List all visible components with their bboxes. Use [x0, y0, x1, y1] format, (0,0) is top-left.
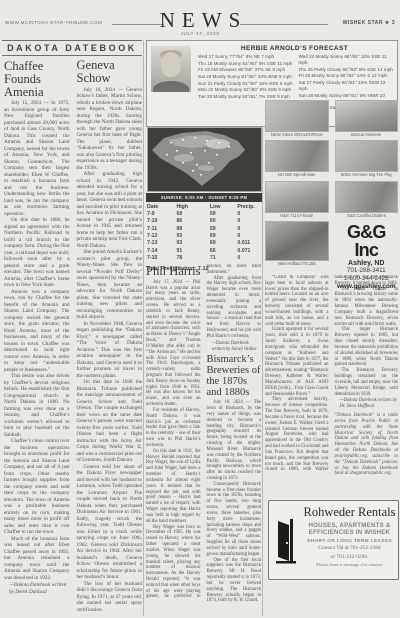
- rohweder-contact-phone-2[interactable]: or 701-212-9290.: [301, 554, 398, 561]
- product-cell: NH 280 Speedrower: [265, 140, 329, 177]
- col-precip: Precip.: [237, 204, 261, 210]
- headline-phil-harris: Phil Harris: [146, 265, 201, 278]
- product-cell: NEW Sitrex GRX14/GRX16: [265, 100, 329, 137]
- product-cell: Bobcat Mowers!: [335, 100, 399, 137]
- table-cell: 0.071: [237, 248, 261, 254]
- article-paragraph: Girard operated it for several years, th…: [265, 327, 329, 397]
- article-paragraph: After graduating from the Harvey high sc…: [207, 276, 262, 340]
- table-cell: 69: [210, 233, 238, 239]
- article-paragraph: On this date in 1941, the Harvey Herald …: [146, 449, 201, 525]
- article-paragraph: July 18, 2024 — The town of Bismarck, by…: [207, 400, 262, 482]
- table-cell: 0: [237, 211, 261, 217]
- article-paragraph: On this date in 1948 the Bismarck Tribun…: [77, 379, 143, 464]
- article-paragraph: In November 1948, Geneva began publishin…: [77, 321, 143, 380]
- gg-inc-ad[interactable]: NEW Sitrex GRX14/GRX16 Bobcat Mowers! NH…: [265, 100, 398, 290]
- article-paragraph: On this date in 1880, he signed an agree…: [4, 217, 70, 289]
- bobcat-mower-photo: [335, 100, 399, 132]
- table-body: 7-9695907-10866007-11895907-12936907-139…: [146, 210, 262, 262]
- product-cell: H&S 7114 Florate: [265, 181, 329, 218]
- product-caption: Bobcat Mowers!: [335, 133, 399, 138]
- table-cell: 7-10: [147, 218, 176, 224]
- table-cell: 0: [237, 218, 261, 224]
- sunrise-sunset-bar: SUNRISE: 6:03 AM · SUNSET 9:25 PM: [146, 193, 262, 202]
- headline-chaffee: Chaffee Founds Amenia: [4, 60, 70, 98]
- open-door-icon: [274, 517, 298, 565]
- newspaper-page: WWW.MCINTOSH-STAR-TRIBUNE.COM NEWS JULY …: [0, 0, 400, 618]
- datebook-right-columns: “Girard & Company” sold lager beer to lo…: [265, 275, 398, 493]
- article-paragraph: One of the first local suppliers was the…: [207, 558, 262, 605]
- table-cell: 7-13: [147, 240, 176, 246]
- sitrex-rake-photo: [265, 100, 329, 132]
- article-paragraph: After graduating high school in 1942, Ge…: [77, 171, 143, 249]
- rohweder-note: Please leave a message if no answer: [301, 562, 398, 567]
- section-header-dakota-datebook: DAKOTA DATEBOOK: [2, 40, 142, 56]
- table-row: 7-1189590: [146, 225, 262, 232]
- product-caption: NH 280 Speedrower: [265, 173, 329, 178]
- headline-geneva: Geneva Schow: [77, 59, 143, 85]
- table-cell: 71: [210, 255, 238, 261]
- article-paragraph: Amenia was a company town, run by Chaffe…: [4, 289, 70, 374]
- forecast-line: Wed 17 Sunny 77°/54° 8% NE 7 mph: [198, 54, 294, 60]
- table-row: 7-969590: [146, 210, 262, 217]
- datebook-left-columns: Chaffee Founds Amenia July 15, 2024 — In…: [4, 59, 142, 615]
- article-paragraph: She joined Amelia Earhart’s women’s pilo…: [77, 249, 143, 321]
- table-row: 7-1491660.071: [146, 247, 262, 254]
- headline-bismarck-breweries: Bismarck’s Breweries of the 1870s and 18…: [207, 355, 262, 398]
- forecast-line: Thu 25 Partly Cloudy 86°/63° 8% SSE 14 m…: [299, 67, 395, 73]
- issue-date: JULY 17, 2023: [130, 32, 270, 37]
- forecast-line: Thu 18 Mostly Sunny 83°/60° 9% SSE 11 mp…: [198, 61, 294, 67]
- table-cell: 93: [176, 233, 209, 239]
- forecast-line: Sun 21 Partly Cloudy 81°/60° 18% ESE 8 m…: [198, 81, 294, 87]
- table-cell: 0: [237, 233, 261, 239]
- table-cell: 0: [237, 226, 261, 232]
- weather-map-graphic: [148, 128, 261, 191]
- product-caption: 605N Vermeer Big Tire Pkg: [335, 173, 399, 178]
- article-paragraph: This larger Bismarck Brewery opened in 1…: [335, 327, 399, 368]
- gg-product-grid: NEW Sitrex GRX14/GRX16 Bobcat Mowers! NH…: [265, 100, 398, 290]
- article-paragraph: Consequently Bismarck became a first-cla…: [207, 482, 262, 558]
- new-holland-tractor-photo: [265, 221, 329, 261]
- table-cell: 7-14: [147, 248, 176, 254]
- forecast-line: Sat 27 Partly Cloudy 86°/61° 10% SSW 12 …: [299, 80, 395, 92]
- table-cell: 69: [176, 211, 209, 217]
- product-caption: H&S 7114 Florate: [265, 214, 329, 219]
- edition-label: WISHEK STAR ★ 3: [343, 20, 395, 26]
- table-cell: 66: [210, 248, 238, 254]
- rohweder-title: Rohweder Rentals: [301, 506, 398, 519]
- rohweder-rentals-ad[interactable]: Rohweder Rentals HOUSES, APARTMENTS & EF…: [268, 500, 399, 580]
- sun-precip-table: SUNRISE: 6:03 AM · SUNSET 9:25 PM Date H…: [146, 193, 262, 272]
- table-cell: 69: [210, 240, 238, 246]
- table-cell: 59: [210, 226, 238, 232]
- satellite-weather-map: [147, 127, 262, 192]
- product-cell: 605N Vermeer Big Tire Pkg: [335, 140, 399, 177]
- certified-baler-photo: [335, 181, 399, 213]
- masthead-rule-right: [240, 24, 328, 25]
- product-caption: NEW Sitrex GRX14/GRX16: [265, 133, 329, 138]
- gg-city: Ashley, ND: [335, 260, 399, 267]
- page-title: NEWS: [130, 10, 270, 31]
- table-row: 7-1293690: [146, 232, 262, 239]
- table-cell: 91: [176, 248, 209, 254]
- article-paragraph: For residents of Harvey, North Dakota, i…: [146, 408, 201, 449]
- byline-bismarck: —Dakota Datebook written by Dr. Steve Ho…: [335, 398, 399, 410]
- table-row: 7-1393690.011: [146, 240, 262, 247]
- article-bismarck-body-1: July 18, 2024 — The town of Bismarck, by…: [207, 400, 262, 604]
- col-low: Low: [210, 204, 238, 210]
- article-paragraph: July 16, 2024 — Geneva Schow’s father, M…: [77, 87, 143, 172]
- table-row: 7-1086600: [146, 218, 262, 225]
- product-caption: G&G Certified Balers: [335, 214, 399, 219]
- rohweder-lease-line: SHORT OR LONG TERM LEASES: [301, 539, 398, 544]
- article-paragraph: The loss of her husband didn’t discourag…: [77, 581, 143, 614]
- rohweder-contact-phone-1[interactable]: Contact Val at 701-452-2184: [301, 545, 398, 552]
- hs-rake-photo: [265, 181, 329, 213]
- vermeer-baler-photo: [335, 140, 399, 172]
- article-paragraph: July 15, 2024 — In 1875, an investment g…: [4, 100, 70, 217]
- table-header-row: Date High Low Precip.: [146, 202, 262, 211]
- table-cell: 0.011: [237, 240, 261, 246]
- byline-phil: —Dakota Datebook written by Sarah Walker: [207, 341, 262, 353]
- forecast-line: Fri 19 AM Showers 80°/59° 37% SE 9 mph: [198, 67, 294, 73]
- dakota-datebook-tagline: “Dakota Datebook” is a radio series from…: [335, 413, 399, 477]
- table-cell: 60: [210, 218, 238, 224]
- forecaster-photo: [151, 46, 191, 92]
- site-url: WWW.MCINTOSH-STAR-TRIBUNE.COM: [5, 20, 102, 25]
- article-paragraph: Much of the bonanza farm was leased out …: [4, 536, 70, 582]
- forecast-line: Sat 20 Mostly Sunny 81°/60° 24% ENE 9 mp…: [198, 74, 294, 80]
- table-cell: 7-11: [147, 226, 176, 232]
- table-cell: 93: [176, 240, 209, 246]
- article-paragraph: Geneva sold her share of the Dakota Flye…: [77, 464, 143, 581]
- rohweder-ad-content: Rohweder Rentals HOUSES, APARTMENTS & EF…: [301, 501, 398, 567]
- col-high: High: [176, 204, 209, 210]
- table-cell: 89: [176, 226, 209, 232]
- article-paragraph: “Girard & Company” sold lager beer to lo…: [265, 275, 329, 327]
- article-paragraph: July 17, 2024 — Phil Harris was a popula…: [146, 280, 201, 408]
- article-chaffee-body: July 15, 2024 — In 1875, an investment g…: [4, 100, 70, 581]
- article-geneva-body: July 16, 2024 — Geneva Schow’s father, M…: [77, 59, 143, 615]
- table-cell: 7-9: [147, 211, 176, 217]
- article-paragraph: This desire was also driven by Chaffee’s…: [4, 373, 70, 438]
- gg-inc-logo: G&G Inc: [335, 223, 399, 259]
- article-paragraph: The final chapter in Bismarck’s brewing …: [335, 287, 399, 328]
- forecaster-photo-shoulders: [153, 81, 189, 92]
- rohweder-offer-line: HOUSES, APARTMENTS & EFFICIENCIES IN WIS…: [301, 522, 398, 537]
- speedrower-photo: [265, 140, 329, 172]
- product-caption: New Holland T8.155: [265, 262, 329, 267]
- table-cell: 78: [176, 255, 209, 261]
- table-cell: 7-15: [147, 255, 176, 261]
- forecast-line: Fri 26 Mostly Sunny 86°/62° 24% S 12 mph: [299, 73, 395, 79]
- product-cell: G&G Certified Balers: [335, 181, 399, 218]
- col-date: Date: [147, 204, 176, 210]
- column-divider-left: [143, 40, 144, 616]
- byline-chaffee: —Dakota Datebook written by Derek Dahlsa…: [4, 582, 70, 595]
- table-cell: 0: [237, 255, 261, 261]
- table-cell: 86: [176, 218, 209, 224]
- table-cell: 59: [210, 211, 238, 217]
- article-paragraph: Chaffee’s close control over the busines…: [4, 438, 70, 536]
- datebook-middle-columns: Phil Harris July 17, 2024 — Phil Harris …: [146, 264, 261, 616]
- column-divider-right: [262, 100, 263, 616]
- table-row: 7-1578710: [146, 255, 262, 262]
- article-paragraph: The Bismarck Brewery buildings remained …: [335, 368, 399, 397]
- table-cell: 7-12: [147, 233, 176, 239]
- forecast-line: Mon 22 Mostly Sunny 82°/60° 8% SSE 9 mph: [198, 87, 294, 93]
- forecaster-photo-face: [161, 52, 181, 77]
- gg-phone-1[interactable]: 701-288-3411: [335, 267, 399, 275]
- forecast-line: Wed 24 Mostly Sunny 86°/62° 12% SSE 11 m…: [299, 54, 395, 66]
